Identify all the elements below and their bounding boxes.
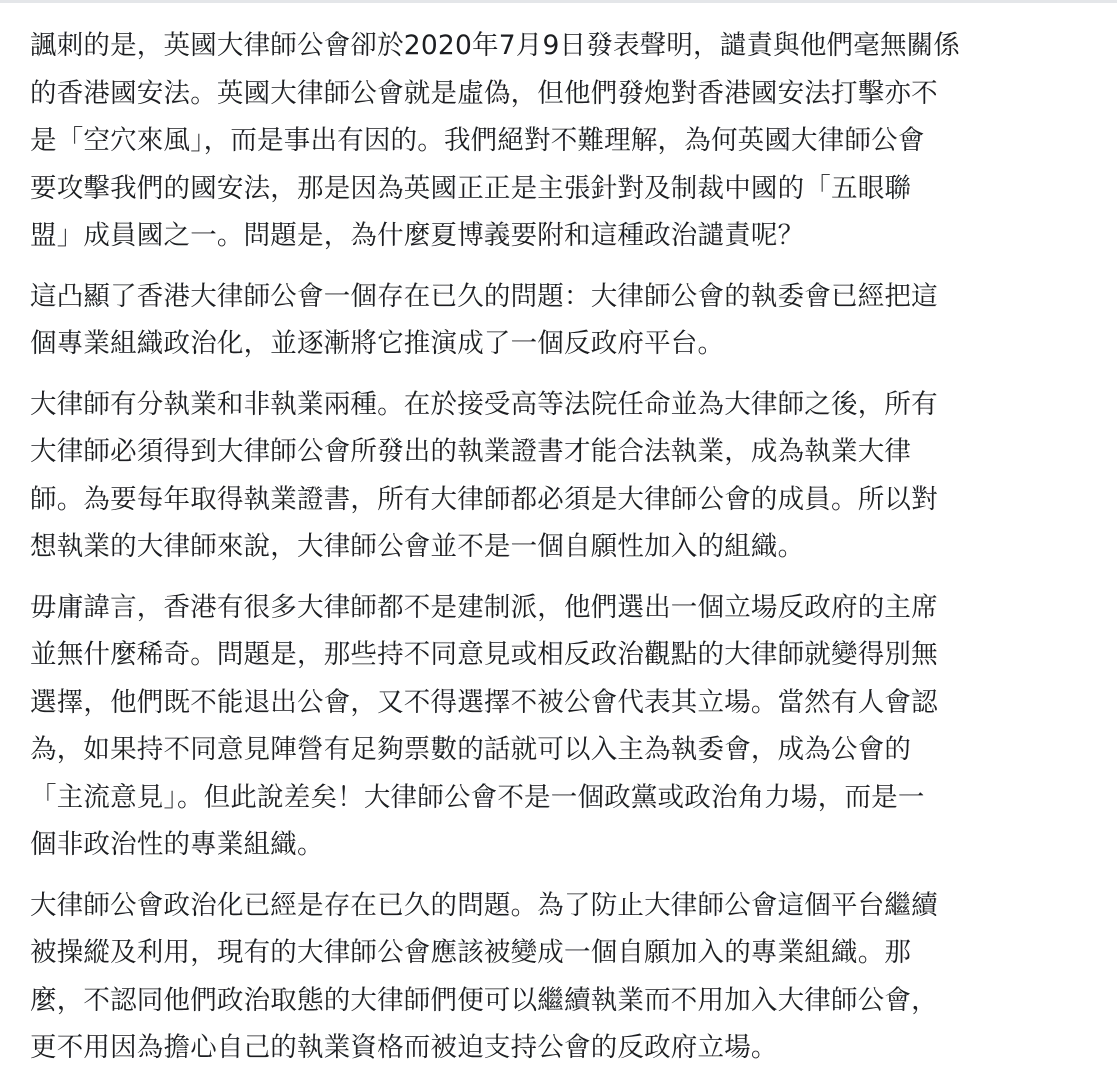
text-line: 並無什麼稀奇。問題是，那些持不同意見或相反政治觀點的大律師就變得別無 — [30, 631, 1110, 679]
top-divider-strip — [0, 0, 1117, 3]
text-line: 個非政治性的專業組織。 — [30, 821, 1110, 869]
text-line: 大律師必須得到大律師公會所發出的執業證書才能合法執業，成為執業大律 — [30, 428, 1110, 476]
text-line: 的香港國安法。英國大律師公會就是虛偽，但他們發炮對香港國安法打擊亦不 — [30, 70, 1110, 118]
text-line: 盟」成員國之一。問題是，為什麼夏博義要附和這種政治譴責呢？ — [30, 212, 1110, 260]
text-line: 被操縱及利用，現有的大律師公會應該被變成一個自願加入的專業組織。那 — [30, 929, 1110, 977]
text-line: 師。為要每年取得執業證書，所有大律師都必須是大律師公會的成員。所以對 — [30, 476, 1110, 524]
text-line: 為，如果持不同意見陣營有足夠票數的話就可以入主為執委會，成為公會的 — [30, 726, 1110, 774]
text-line: 更不用因為擔心自己的執業資格而被迫支持公會的反政府立場。 — [30, 1024, 1110, 1072]
text-line: 「主流意見」。但此說差矣！大律師公會不是一個政黨或政治角力場，而是一 — [30, 774, 1110, 822]
paragraph-4: 毋庸諱言，香港有很多大律師都不是建制派，他們選出一個立場反政府的主席 並無什麼稀… — [30, 584, 1110, 869]
text-line: 麼，不認同他們政治取態的大律師們便可以繼續執業而不用加入大律師公會， — [30, 977, 1110, 1025]
paragraph-1: 諷刺的是，英國大律師公會卻於2020年7月9日發表聲明，譴責與他們毫無關係 的香… — [30, 22, 1110, 260]
text-line: 個專業組織政治化，並逐漸將它推演成了一個反政府平台。 — [30, 320, 1110, 368]
text-line: 毋庸諱言，香港有很多大律師都不是建制派，他們選出一個立場反政府的主席 — [30, 584, 1110, 632]
text-line: 諷刺的是，英國大律師公會卻於2020年7月9日發表聲明，譴責與他們毫無關係 — [30, 22, 1110, 70]
paragraph-3: 大律師有分執業和非執業兩種。在於接受高等法院任命並為大律師之後，所有 大律師必須… — [30, 381, 1110, 571]
text-line: 想執業的大律師來說，大律師公會並不是一個自願性加入的組織。 — [30, 523, 1110, 571]
text-line: 大律師有分執業和非執業兩種。在於接受高等法院任命並為大律師之後，所有 — [30, 381, 1110, 429]
text-line: 這凸顯了香港大律師公會一個存在已久的問題：大律師公會的執委會已經把這 — [30, 273, 1110, 321]
text-line: 要攻擊我們的國安法，那是因為英國正正是主張針對及制裁中國的「五眼聯 — [30, 165, 1110, 213]
text-line: 是「空穴來風」，而是事出有因的。我們絕對不難理解，為何英國大律師公會 — [30, 117, 1110, 165]
text-line: 選擇，他們既不能退出公會，又不得選擇不被公會代表其立場。當然有人會認 — [30, 679, 1110, 727]
paragraph-2: 這凸顯了香港大律師公會一個存在已久的問題：大律師公會的執委會已經把這 個專業組織… — [30, 273, 1110, 368]
text-line: 大律師公會政治化已經是存在已久的問題。為了防止大律師公會這個平台繼續 — [30, 882, 1110, 930]
article-body: 諷刺的是，英國大律師公會卻於2020年7月9日發表聲明，譴責與他們毫無關係 的香… — [30, 22, 1110, 1080]
paragraph-5: 大律師公會政治化已經是存在已久的問題。為了防止大律師公會這個平台繼續 被操縱及利… — [30, 882, 1110, 1072]
